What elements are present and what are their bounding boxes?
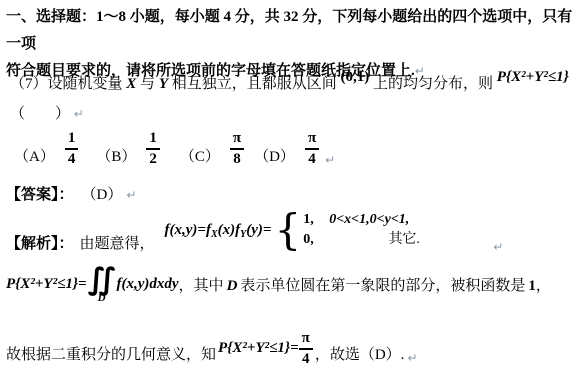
left-brace: { [274,208,301,252]
fraction-numerator: π [299,330,313,350]
analysis-line: 【解析】： 由题意得， f(x,y)=fX(x)fY(y)= { 1, 0<x<… [6,208,503,254]
paragraph-mark: ↵ [74,107,84,121]
result-fraction: π 4 [299,330,313,367]
conclusion-text1: 故根据二重积分的几何意义，知 [6,345,216,365]
case-row-2: 0, 其它. [303,230,479,250]
question-text-and: 与 [140,76,155,92]
document-page: { "marks": { "paragraph": "↵" }, "header… [0,0,578,370]
density-lhs: f(x,y)=f [165,222,211,239]
integral-line: P{X²+Y²≤1}= ∬ D f(x,y)dxdy ，其中 D 表示单位圆在第… [6,264,551,296]
integral-domain: D [98,292,106,304]
option-d: （D） π 4 [254,130,319,167]
option-b-label: （B） [96,148,136,167]
integrand: f(x,y)dxdy [116,276,178,293]
question-text3: 上的均匀分布，则 [373,76,493,92]
after-integral-text3: ， [536,276,551,296]
option-a-label: （A） [14,148,55,167]
integrand-value: 1 [528,276,536,296]
integral-lhs: P{X²+Y²≤1}= [6,276,87,293]
fraction-numerator: 1 [146,130,160,150]
probability-formula: P{X²+Y²≤1} [497,69,569,85]
result-lhs: P{X²+Y²≤1}= [218,340,299,357]
case-row-1: 1, 0<x<1,0<y<1, [303,210,479,230]
question-text1: 设随机变量 [48,76,123,92]
answer-line: 【答案】： （D） ↵ [6,183,136,204]
option-c-label: （C） [180,148,220,167]
answer-value: （D） [82,183,123,204]
interval-formula: (0,1) [341,69,370,85]
question-line: （7）设随机变量 X 与 Y 相互独立，且都服从区间 (0,1) 上的均匀分布，… [10,72,569,93]
analysis-label: 【解析】： [6,234,74,254]
paragraph-mark: ↵ [325,153,335,167]
section-header-line1: 一、选择题：1～8 小题，每小题 4 分，共 32 分，下列每小题给出的四个选项… [6,4,576,58]
fraction-numerator: 1 [65,130,79,150]
options-row: （A） 1 4 （B） 1 2 （C） π 8 （D） π 4 ↵ [14,130,335,167]
fraction-denominator: 8 [233,150,241,168]
subscript-y: Y [240,229,246,240]
fraction-denominator: 4 [302,350,310,368]
fraction-denominator: 4 [308,150,316,168]
option-a-fraction: 1 4 [65,130,79,167]
answer-blank-line: （ ） ↵ [10,102,84,123]
question-number: （7） [10,76,48,92]
after-integral-text2: 表示单位圆在第一象限的部分，被积函数是 [240,276,525,296]
conclusion-text2: ，故选（D）. [315,345,405,365]
integral-formula: P{X²+Y²≤1}= ∬ D f(x,y)dxdy [6,264,179,304]
case2-value: 0, [303,230,321,250]
option-c: （C） π 8 [180,130,244,167]
fraction-denominator: 2 [149,150,157,168]
analysis-intro: 由题意得， [80,234,155,254]
subscript-x: X [211,229,218,240]
option-c-fraction: π 8 [230,130,244,167]
conclusion-line: 故根据二重积分的几何意义，知 P{X²+Y²≤1}= π 4 ，故选（D）. ↵ [6,330,418,365]
option-d-fraction: π 4 [305,130,319,167]
variable-y: Y [159,76,168,92]
paragraph-mark: ↵ [407,351,417,365]
answer-blank: （ ） [10,106,70,122]
domain-variable: D [227,276,238,296]
density-mid: (x)f [218,222,241,239]
option-a: （A） 1 4 [14,130,78,167]
answer-label: 【答案】： [6,183,74,204]
case1-value: 1, [303,210,321,230]
after-integral-text1: ，其中 [179,276,224,296]
case1-condition: 0<x<1,0<y<1, [329,210,479,230]
density-rhs: (y)= [246,222,271,239]
option-b: （B） 1 2 [96,130,160,167]
option-d-label: （D） [254,148,295,167]
result-formula: P{X²+Y²≤1}= π 4 [218,330,313,367]
paragraph-mark: ↵ [126,188,136,202]
case2-condition: 其它. [329,230,479,250]
variable-x: X [126,76,136,92]
fraction-numerator: π [305,130,319,150]
fraction-denominator: 4 [68,150,76,168]
double-integral: ∬ D [88,264,116,304]
question-text2: 相互独立，且都服从区间 [172,76,337,92]
fraction-numerator: π [230,130,244,150]
density-formula: f(x,y)=fX(x)fY(y)= { 1, 0<x<1,0<y<1, 0, … [165,208,480,252]
paragraph-mark: ↵ [493,240,503,254]
option-b-fraction: 1 2 [146,130,160,167]
piecewise-cases: 1, 0<x<1,0<y<1, 0, 其它. [303,210,479,250]
